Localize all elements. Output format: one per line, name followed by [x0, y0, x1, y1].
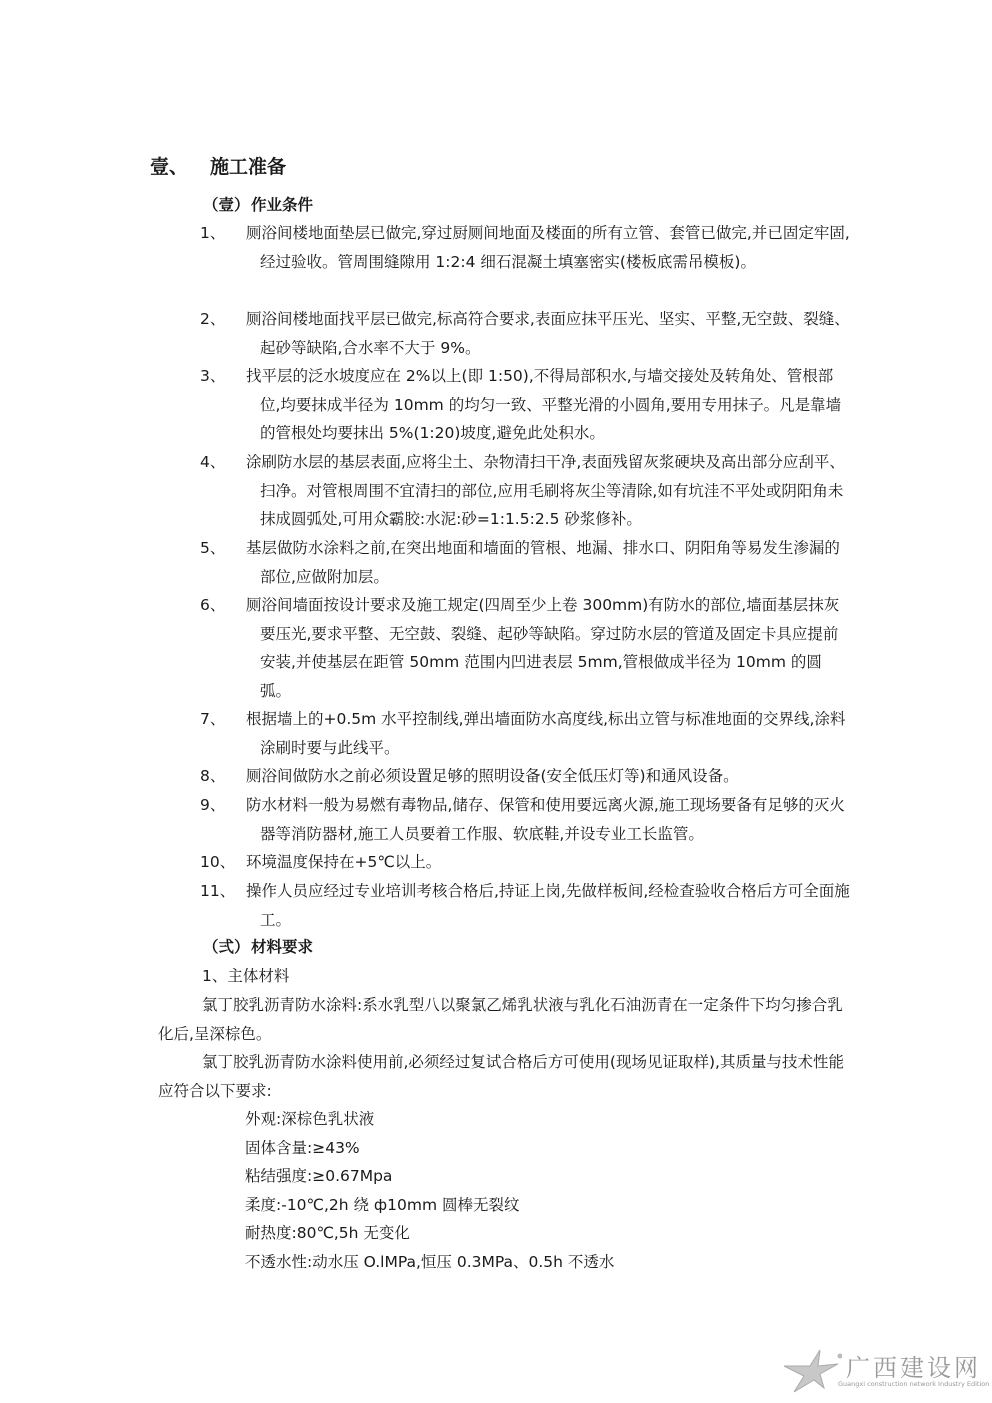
spec-line: 不透水性:动水压 O.lMPa,恒压 0.3MPa、0.5h 不透水 — [245, 1248, 614, 1277]
spec-line: 耐热度:80℃,5h 无变化 — [245, 1219, 410, 1248]
list-item: 11、操作人员应经过专业培训考核合格后,持证上岗,先做样板间,经检查验收合格后方… — [200, 877, 850, 934]
paragraph: 氯丁胶乳沥青防水涂料使用前,必须经过复试合格后方可使用(现场见证取样),其质量与… — [158, 1048, 848, 1105]
list-item: 3、找平层的泛水坡度应在 2%以上(即 1:50),不得局部积水,与墙交接处及转… — [200, 362, 850, 448]
list-item: 10、环境温度保持在+5℃以上。 — [200, 848, 850, 877]
list-item: 1、厕浴间楼地面垫层已做完,穿过厨厕间地面及楼面的所有立管、套管已做完,并已固定… — [200, 219, 850, 276]
spec-line: 固体含量:≥43% — [245, 1134, 360, 1163]
section-heading: 壹、施工准备 — [150, 152, 286, 179]
spec-line: 粘结强度:≥0.67Mpa — [245, 1162, 392, 1191]
subsection-heading-conditions: （壹）作业条件 — [203, 193, 313, 215]
list-item: 2、厕浴间楼地面找平层已做完,标高符合要求,表面应抹平压光、坚实、平整,无空鼓、… — [200, 305, 850, 362]
list-item: 9、防水材料一般为易燃有毒物品,储存、保管和使用要远离火源,施工现场要备有足够的… — [200, 791, 850, 848]
spec-line: 外观:深棕色乳状液 — [245, 1105, 374, 1134]
list-item: 7、根据墙上的+0.5m 水平控制线,弹出墙面防水高度线,标出立管与标准地面的交… — [200, 705, 850, 762]
watermark-title: 广西建设网 — [846, 1348, 981, 1383]
section-number: 壹、 — [150, 152, 210, 179]
materials-heading: 1、主体材料 — [158, 962, 848, 991]
list-item: 6、厕浴间墙面按设计要求及施工规定(四周至少上卷 300mm)有防水的部位,墙面… — [200, 591, 850, 705]
list-item: 5、基层做防水涂料之前,在突出地面和墙面的管根、地漏、排水口、阴阳角等易发生渗漏… — [200, 534, 850, 591]
list-item: 8、厕浴间做防水之前必须设置足够的照明设备(安全低压灯等)和通风设备。 — [200, 762, 850, 791]
star-logo-icon — [780, 1346, 842, 1394]
paragraph: 氯丁胶乳沥青防水涂料:系水乳型八以聚氯乙烯乳状液与乳化石油沥青在一定条件下均匀掺… — [158, 991, 848, 1048]
spec-line: 柔度:-10℃,2h 绕 ф10mm 圆棒无裂纹 — [245, 1191, 520, 1220]
section-title: 施工准备 — [210, 156, 286, 178]
watermark-subtitle: Guangxi construction network Industry Ed… — [838, 1380, 989, 1388]
subsection-heading-materials: （弍）材料要求 — [203, 935, 313, 957]
list-item: 4、涂刷防水层的基层表面,应将尘土、杂物清扫干净,表面残留灰浆硬块及高出部分应刮… — [200, 448, 850, 534]
watermark-logo: 广西建设网 Guangxi construction network Indus… — [780, 1346, 985, 1398]
